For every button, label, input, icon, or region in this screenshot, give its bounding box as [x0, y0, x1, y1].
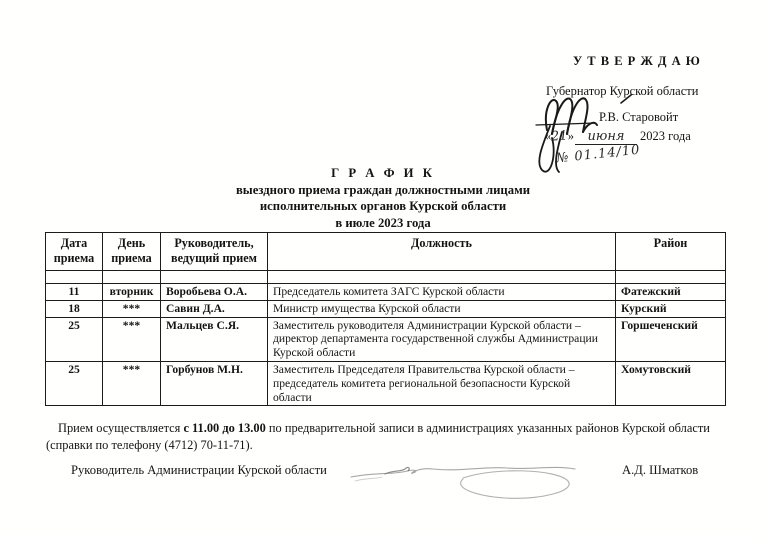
cell-position: Заместитель Председателя Правительства К…	[268, 361, 616, 405]
cell-day: ***	[103, 317, 161, 361]
title-line-4: в июле 2023 года	[0, 215, 766, 232]
cell-position: Министр имущества Курской области	[268, 300, 616, 317]
head-signature-icon	[345, 450, 580, 512]
governor-signature-icon	[533, 90, 651, 176]
header-date: Дата приема	[46, 233, 103, 271]
title-line-2: выездного приема граждан должностными ли…	[0, 182, 766, 199]
signer-name: А.Д. Шматков	[622, 463, 698, 478]
reception-note: Прием осуществляется с 11.00 до 13.00 по…	[46, 420, 722, 453]
cell-date: 25	[46, 361, 103, 405]
table-row: 25 *** Горбунов М.Н. Заместитель Председ…	[46, 361, 726, 405]
cell-date: 11	[46, 284, 103, 301]
approval-stamp-label: У Т В Е Р Ж Д А Ю	[573, 54, 701, 69]
header-day: День приема	[103, 233, 161, 271]
cell-leader: Горбунов М.Н.	[161, 361, 268, 405]
header-district: Район	[616, 233, 726, 271]
title-line-3: исполнительных органов Курской области	[0, 198, 766, 215]
table-header-row: Дата приема День приема Руководитель, ве…	[46, 233, 726, 271]
cell-day: ***	[103, 361, 161, 405]
cell-leader: Савин Д.А.	[161, 300, 268, 317]
cell-district: Фатежский	[616, 284, 726, 301]
cell-date: 18	[46, 300, 103, 317]
cell-district: Курский	[616, 300, 726, 317]
table-row: 18 *** Савин Д.А. Министр имущества Курс…	[46, 300, 726, 317]
cell-district: Горшеченский	[616, 317, 726, 361]
cell-date: 25	[46, 317, 103, 361]
cell-leader: Воробьева О.А.	[161, 284, 268, 301]
cell-district: Хомутовский	[616, 361, 726, 405]
table-row: 25 *** Мальцев С.Я. Заместитель руководи…	[46, 317, 726, 361]
cell-position: Заместитель руководителя Администрации К…	[268, 317, 616, 361]
table-empty-row	[46, 271, 726, 284]
cell-day: ***	[103, 300, 161, 317]
document-page: У Т В Е Р Ж Д А Ю Губернатор Курской обл…	[0, 0, 766, 533]
header-position: Должность	[268, 233, 616, 271]
table-row: 11 вторник Воробьева О.А. Председатель к…	[46, 284, 726, 301]
title-line-1: Г Р А Ф И К	[0, 165, 766, 182]
cell-position: Председатель комитета ЗАГС Курской облас…	[268, 284, 616, 301]
note-hours: с 11.00 до 13.00	[183, 421, 265, 435]
cell-day: вторник	[103, 284, 161, 301]
signer-title: Руководитель Администрации Курской облас…	[71, 463, 327, 478]
document-title: Г Р А Ф И К выездного приема граждан дол…	[0, 165, 766, 231]
cell-leader: Мальцев С.Я.	[161, 317, 268, 361]
header-leader: Руководитель, ведущий прием	[161, 233, 268, 271]
note-text: Прием осуществляется	[58, 421, 183, 435]
schedule-table: Дата приема День приема Руководитель, ве…	[45, 232, 726, 406]
